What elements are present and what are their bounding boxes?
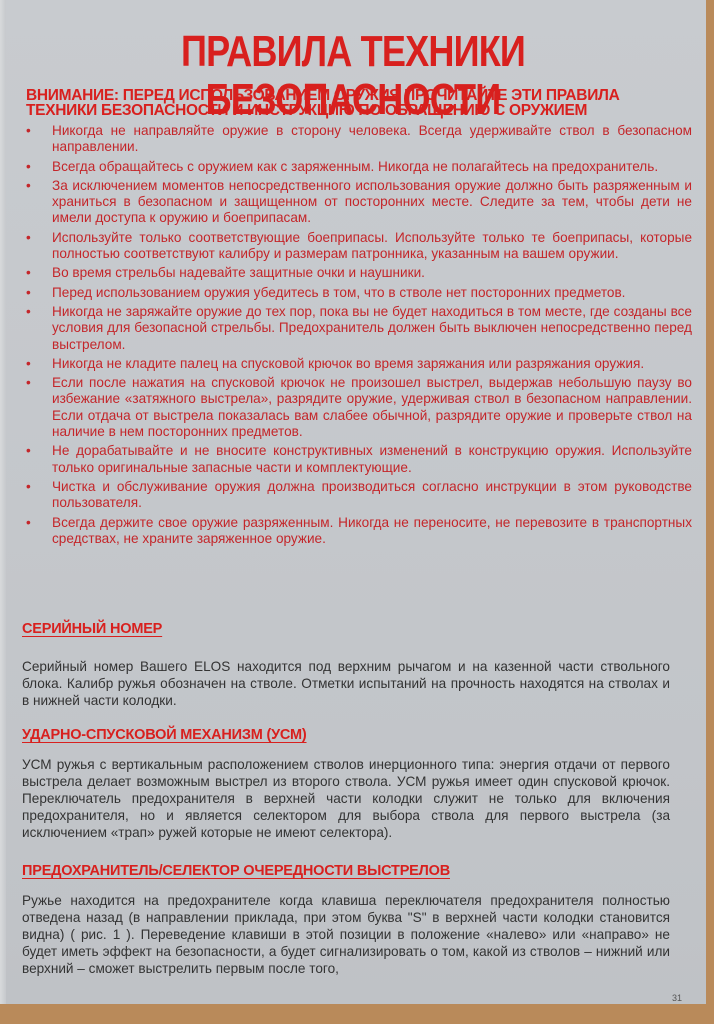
list-item: •За исключением моментов непосредственно… bbox=[24, 178, 692, 227]
page-edge bbox=[0, 0, 6, 1004]
rule-text: Во время стрельбы надевайте защитные очк… bbox=[52, 265, 425, 280]
section-text-safety-selector: Ружье находится на предохранителе когда … bbox=[22, 892, 670, 977]
bullet-icon: • bbox=[26, 443, 31, 459]
warning-notice: ВНИМАНИЕ: ПЕРЕД ИСПОЛЬЗОВАНИЕМ ОРУЖИЯ ПР… bbox=[26, 88, 692, 118]
manual-page: ПРАВИЛА ТЕХНИКИ БЕЗОПАСНОСТИ ВНИМАНИЕ: П… bbox=[0, 0, 706, 1004]
rule-text: Если после нажатия на спусковой крючок н… bbox=[52, 375, 692, 439]
section-text-trigger-mechanism: УСМ ружья с вертикальным расположением с… bbox=[22, 756, 670, 841]
rule-text: Используйте только соответствующие боепр… bbox=[52, 230, 692, 261]
list-item: •Никогда не кладите палец на спусковой к… bbox=[24, 356, 692, 372]
rule-text: Чистка и обслуживание оружия должна прои… bbox=[52, 479, 692, 510]
rule-text: Не дорабатывайте и не вносите конструкти… bbox=[52, 443, 692, 474]
list-item: •Используйте только соответствующие боеп… bbox=[24, 230, 692, 263]
bullet-icon: • bbox=[26, 285, 31, 301]
bullet-icon: • bbox=[26, 123, 31, 139]
bullet-icon: • bbox=[26, 515, 31, 531]
rule-text: Никогда не заряжайте оружие до тех пор, … bbox=[52, 304, 692, 352]
rule-text: Перед использованием оружия убедитесь в … bbox=[52, 285, 625, 300]
section-heading-trigger-mechanism: УДАРНО-СПУСКОВОЙ МЕХАНИЗМ (УСМ) bbox=[22, 727, 307, 743]
rule-text: Всегда держите свое оружие разряженным. … bbox=[52, 515, 692, 546]
bullet-icon: • bbox=[26, 356, 31, 372]
list-item: •Всегда обращайтесь с оружием как с заря… bbox=[24, 159, 692, 175]
bullet-icon: • bbox=[26, 159, 31, 175]
section-heading-serial-number: СЕРИЙНЫЙ НОМЕР bbox=[22, 621, 162, 637]
list-item: •Если после нажатия на спусковой крючок … bbox=[24, 375, 692, 440]
bullet-icon: • bbox=[26, 479, 31, 495]
rule-text: Никогда не направляйте оружие в сторону … bbox=[52, 123, 692, 154]
list-item: •Никогда не направляйте оружие в сторону… bbox=[24, 123, 692, 156]
list-item: •Во время стрельбы надевайте защитные оч… bbox=[24, 265, 692, 281]
bullet-icon: • bbox=[26, 230, 31, 246]
safety-rules-list: •Никогда не направляйте оружие в сторону… bbox=[24, 123, 692, 550]
list-item: •Никогда не заряжайте оружие до тех пор,… bbox=[24, 304, 692, 353]
bullet-icon: • bbox=[26, 178, 31, 194]
bullet-icon: • bbox=[26, 375, 31, 391]
list-item: •Всегда держите свое оружие разряженным.… bbox=[24, 515, 692, 548]
list-item: •Перед использованием оружия убедитесь в… bbox=[24, 285, 692, 301]
page-number: 31 bbox=[672, 993, 682, 1003]
rule-text: За исключением моментов непосредственног… bbox=[52, 178, 692, 226]
list-item: •Не дорабатывайте и не вносите конструкт… bbox=[24, 443, 692, 476]
section-heading-safety-selector: ПРЕДОХРАНИТЕЛЬ/СЕЛЕКТОР ОЧЕРЕДНОСТИ ВЫСТ… bbox=[22, 863, 450, 879]
section-text-serial-number: Серийный номер Вашего ELOS находится под… bbox=[22, 658, 670, 709]
rule-text: Всегда обращайтесь с оружием как с заряж… bbox=[52, 159, 658, 174]
rule-text: Никогда не кладите палец на спусковой кр… bbox=[52, 356, 644, 371]
list-item: •Чистка и обслуживание оружия должна про… bbox=[24, 479, 692, 512]
bullet-icon: • bbox=[26, 265, 31, 281]
bullet-icon: • bbox=[26, 304, 31, 320]
